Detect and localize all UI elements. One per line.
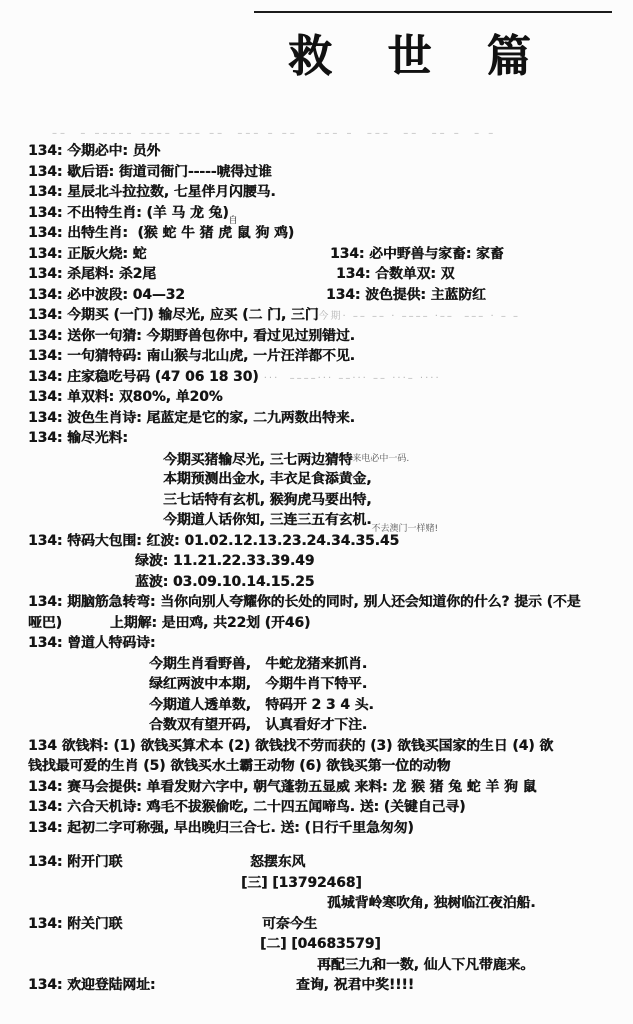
line-excluded-zodiac: 134: 不出特生肖: (羊 马 龙 兔)自 (28, 203, 628, 224)
line-one-sentence: 134: 送你一句猜: 今期野兽包你中, 看过见过别错过. (28, 326, 628, 347)
line-qichu-verse: 134: 起初二字可称强, 早出晚归三合七. 送: (日行千里急匆匆) (28, 818, 628, 839)
couplet-open-numbers: [三] [13792468] (28, 873, 628, 894)
zen-poem-4: 合数双有望开码, 认真看好才下注. (28, 715, 628, 736)
line-brain-teaser-2: 哑巴) 上期解: 是田鸡, 共22划 (开46) (28, 613, 628, 634)
line-banker-numbers: 134: 庄家稳吃号码 (47 06 18 30) ··· ––––··· ––… (28, 367, 628, 388)
banker-numbers-text: 134: 庄家稳吃号码 (47 06 18 30) (28, 369, 259, 385)
zen-poem-1: 今期生肖看野兽, 牛蛇龙猪来抓肖. (28, 654, 628, 675)
scanned-lottery-sheet: 救 世 篇 –– – ––––– –––– ––– –– ––– – –– ––… (0, 0, 633, 1024)
poem-text: 今期道人话你知, 三连三五有玄机. (163, 512, 371, 528)
section-gap (28, 838, 628, 852)
tiny-note: 来电必中一码. (352, 454, 409, 464)
line-yuqian-2: 钱找最可爱的生肖 (5) 欲钱买水土霸王动物 (6) 欲钱买第一位的动物 (28, 756, 628, 777)
close-numbers-text: [二] [04683579] (260, 934, 381, 955)
title-rule-line (254, 11, 612, 13)
faint-remnant: ··· ––––··· ––··· –– ···– ···· (259, 373, 441, 384)
line-number-range: 134: 必中波段: 04—32134: 波色提供: 主蓝防红 (28, 285, 628, 306)
line-open-couplet: 134: 附开门联怒摆东风 (28, 852, 628, 873)
faint-remnant: 今期· –– –– · –––– ·–– ––– · – – (319, 311, 521, 322)
website-wish-text: 查询, 祝君中奖!!!! (296, 975, 414, 996)
poem-text: 今期买猪输尽光, 三七两边猜特 (163, 452, 352, 468)
open-verse-text: 孤城背岭寒吹角, 独树临江夜泊船. (327, 893, 535, 914)
poem-line-2: 本期预测出金水, 丰衣足食添黄金, (28, 469, 628, 490)
close-couplet-phrase: 可奈今生 (262, 914, 317, 935)
excluded-zodiac-text: 134: 不出特生肖: (羊 马 龙 兔) (28, 205, 229, 221)
line-kill-tail: 134: 杀尾料: 杀2尾134: 合数单双: 双 (28, 264, 628, 285)
couplet-close-numbers: [二] [04683579] (28, 934, 628, 955)
line-sum-parity: 134: 合数单双: 双 (336, 264, 454, 285)
zen-poem-3: 今期道人透单数, 特码开 2 3 4 头. (28, 695, 628, 716)
line-color-zodiac-verse: 134: 波色生肖诗: 尾蓝定是它的家, 二九两数出特来. (28, 408, 628, 429)
open-couplet-phrase: 怒摆东风 (250, 852, 305, 873)
couplet-close-verse: 再配三九和一数, 仙人下凡带鹿来。 (28, 955, 628, 976)
line-star-verse: 134: 星辰北斗拉拉数, 七星伴月闪腰马. (28, 182, 628, 203)
close-couplet-label: 134: 附关门联 (28, 916, 122, 932)
couplet-open-verse: 孤城背岭寒吹角, 独树临江夜泊船. (28, 893, 628, 914)
line-big-wrap-red: 134: 特码大包围: 红波: 01.02.12.13.23.24.34.35.… (28, 531, 628, 552)
poem-line-3: 三七话特有玄机, 猴狗虎马要出特, (28, 490, 628, 511)
poem-line-4: 今期道人话你知, 三连三五有玄机.不去澳门一样赌! (28, 510, 628, 531)
line-zengdaoren-header: 134: 曾道人特码诗: (28, 633, 628, 654)
line-one-sentence-special: 134: 一句猜特码: 南山猴与北山虎, 一片汪洋都不见. (28, 346, 628, 367)
scan-artifact-line: –– – ––––– –––– ––– –– ––– – –– ––– – ––… (52, 128, 592, 140)
kill-tail-text: 134: 杀尾料: 杀2尾 (28, 266, 156, 282)
number-range-text: 134: 必中波段: 04—32 (28, 287, 185, 303)
close-verse-text: 再配三九和一数, 仙人下凡带鹿来。 (317, 955, 534, 976)
fire-burn-text: 134: 正版火烧: 蛇 (28, 246, 146, 262)
line-brain-teaser-1: 134: 期脑筋急转弯: 当你向别人夸耀你的长处的同时, 别人还会知道你的什么?… (28, 592, 628, 613)
line-wave-blue: 蓝波: 03.09.10.14.15.25 (28, 572, 628, 593)
line-door-buy: 134: 今期买 (一门) 输尽光, 应买 (二 门, 三门今期· –– –– … (28, 305, 628, 326)
line-xiehouyu: 134: 歇后语: 街道司衙门-----唬得过谁 (28, 162, 628, 183)
line-website: 134: 欢迎登陆网址:查询, 祝君中奖!!!! (28, 975, 628, 996)
line-fire-burn: 134: 正版火烧: 蛇134: 必中野兽与家畜: 家畜 (28, 244, 628, 265)
zen-poem-2: 绿红两波中本期, 今期牛肖下特平. (28, 674, 628, 695)
open-couplet-label: 134: 附开门联 (28, 854, 122, 870)
line-jockey-club: 134: 赛马会提供: 单看发财六字中, 朝气蓬勃五显威 来料: 龙 猴 猪 兔… (28, 777, 628, 798)
line-close-couplet: 134: 附关门联可奈今生 (28, 914, 628, 935)
open-numbers-text: [三] [13792468] (241, 873, 362, 894)
page-title: 救 世 篇 (288, 20, 551, 84)
poem-line-1: 今期买猪输尽光, 三七两边猜特来电必中一码. (28, 449, 628, 470)
document-body: 134: 今期必中: 员外 134: 歇后语: 街道司衙门-----唬得过谁 1… (28, 141, 628, 996)
website-label: 134: 欢迎登陆网址: (28, 977, 155, 993)
line-odd-even-ratio: 134: 单双料: 双80%, 单20% (28, 387, 628, 408)
line-wave-green: 绿波: 11.21.22.33.39.49 (28, 551, 628, 572)
line-liuhe-verse: 134: 六合天机诗: 鸡毛不拔猴偷吃, 二十四五闻啼鸟. 送: (关键自己寻) (28, 797, 628, 818)
line-must-hit: 134: 今期必中: 员外 (28, 141, 628, 162)
line-included-zodiac: 134: 出特生肖: (猴 蛇 牛 猪 虎 鼠 狗 鸡) (28, 223, 628, 244)
line-yuqian-1: 134 欲钱料: (1) 欲钱买算术本 (2) 欲钱找不劳而获的 (3) 欲钱买… (28, 736, 628, 757)
line-shujinguang-header: 134: 输尽光料: (28, 428, 628, 449)
line-beast-livestock: 134: 必中野兽与家畜: 家畜 (330, 244, 504, 265)
line-color-tip: 134: 波色提供: 主蓝防红 (326, 285, 486, 306)
door-buy-text: 134: 今期买 (一门) 输尽光, 应买 (二 门, 三门 (28, 307, 319, 323)
